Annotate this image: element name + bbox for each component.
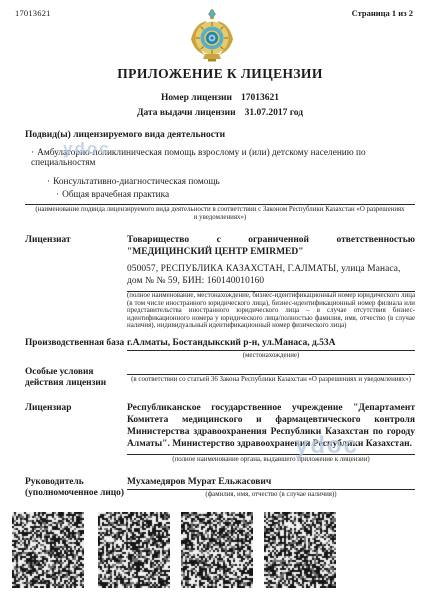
production-base-label: Производственная база <box>25 338 127 350</box>
special-conditions-footnote: (в соответствии со статьей 36 Закона Рес… <box>127 376 415 384</box>
license-date-line: Дата выдачи лицензии31.07.2017 год <box>25 108 415 118</box>
licensee-name: Товарищество с ограниченной ответственно… <box>127 235 415 259</box>
empty-field-line <box>127 369 415 375</box>
subtype-item-label: Общая врачебная практика <box>62 190 169 200</box>
head-name: Мухамедяров Мурат Ельжасович <box>127 477 415 490</box>
watermark: ydoc <box>63 139 111 159</box>
qr-code-row <box>12 512 347 588</box>
licensee-label: Лицензиат <box>25 235 127 247</box>
subtype-item: ·Общая врачебная практика <box>25 190 415 200</box>
licensor-name: Республиканское государственное учрежден… <box>127 403 415 451</box>
document-body: ПРИЛОЖЕНИЕ К ЛИЦЕНЗИИ Номер лицензии1701… <box>25 0 415 500</box>
qr-code <box>98 512 170 588</box>
head-row: Руководитель (уполномоченное лицо) Мухам… <box>25 477 415 501</box>
divider-line <box>127 454 415 455</box>
licensee-row: Лицензиат Товарищество с ограниченной от… <box>25 235 415 330</box>
license-date-value: 31.07.2017 год <box>245 108 303 118</box>
licensee-address: 050057, РЕСПУБЛИКА КАЗАХСТАН, Г.АЛМАТЫ, … <box>127 264 415 288</box>
divider-line <box>25 204 415 205</box>
production-base-footnote: (местонахождение) <box>127 352 415 360</box>
qr-code <box>264 512 336 588</box>
production-base-value: г.Алматы, Бостандыкский р-н, ул.Манаса, … <box>127 338 415 351</box>
head-label: Руководитель (уполномоченное лицо) <box>25 477 127 501</box>
license-number-label: Номер лицензии <box>161 93 232 103</box>
head-footnote: (фамилия, имя, отчество (в случае наличи… <box>127 491 415 499</box>
licensee-footnote: (полное наименование, местонахождение, б… <box>127 292 415 330</box>
qr-code <box>181 512 253 588</box>
watermark: ydoc <box>295 432 359 460</box>
special-conditions-label: Особые условия действия лицензии <box>25 367 127 391</box>
page-title: ПРИЛОЖЕНИЕ К ЛИЦЕНЗИИ <box>25 66 415 82</box>
subtype-item-label: Консультативно-диагностическая помощь <box>53 177 220 187</box>
license-number-line: Номер лицензии17013621 <box>25 93 415 103</box>
license-number-value: 17013621 <box>241 93 279 103</box>
special-conditions-row: Особые условия действия лицензии (в соот… <box>25 367 415 391</box>
subtypes-footnote: (наименование подвида лицензируемого вид… <box>33 206 407 221</box>
bullet-marker: · <box>31 148 34 158</box>
qr-code <box>12 512 84 588</box>
licensor-footnote: (полное наименование органа, выдавшего п… <box>127 456 415 464</box>
bullet-marker: · <box>47 177 50 187</box>
bullet-marker: · <box>56 190 59 200</box>
licensor-label: Лицензиар <box>25 403 127 415</box>
production-base-row: Производственная база г.Алматы, Бостанды… <box>25 338 415 360</box>
license-appendix-page: 17013621 Страница 1 из 2 ПРИЛОЖЕНИЕ К ЛИ… <box>0 0 424 600</box>
subtype-item: ·Консультативно-диагностическая помощь <box>25 177 415 187</box>
license-date-label: Дата выдачи лицензии <box>137 108 236 118</box>
